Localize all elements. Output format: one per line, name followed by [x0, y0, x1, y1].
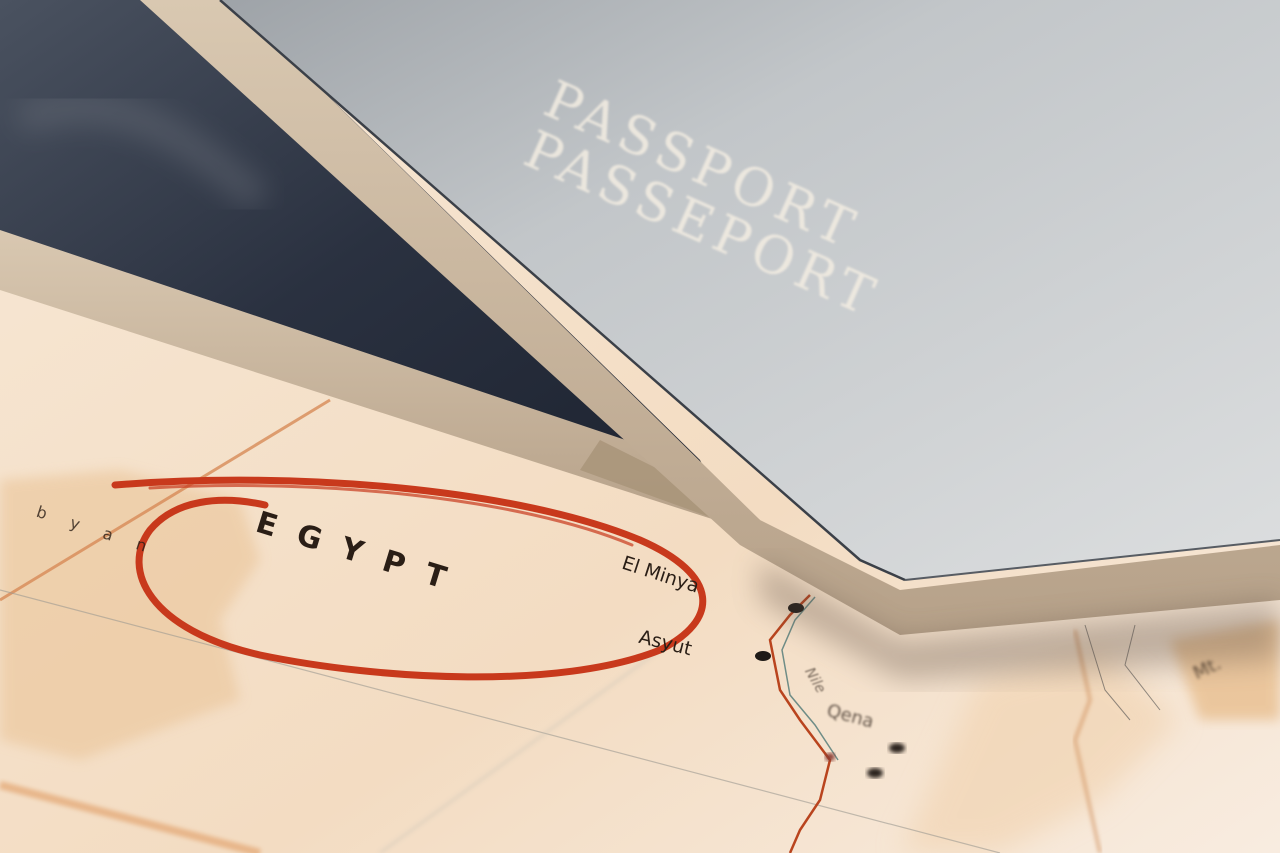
photo-scene: PASSPORT PASSEPORT EGYPT b y a n El Miny… — [0, 0, 1280, 853]
city-dot-asyut — [755, 651, 771, 661]
